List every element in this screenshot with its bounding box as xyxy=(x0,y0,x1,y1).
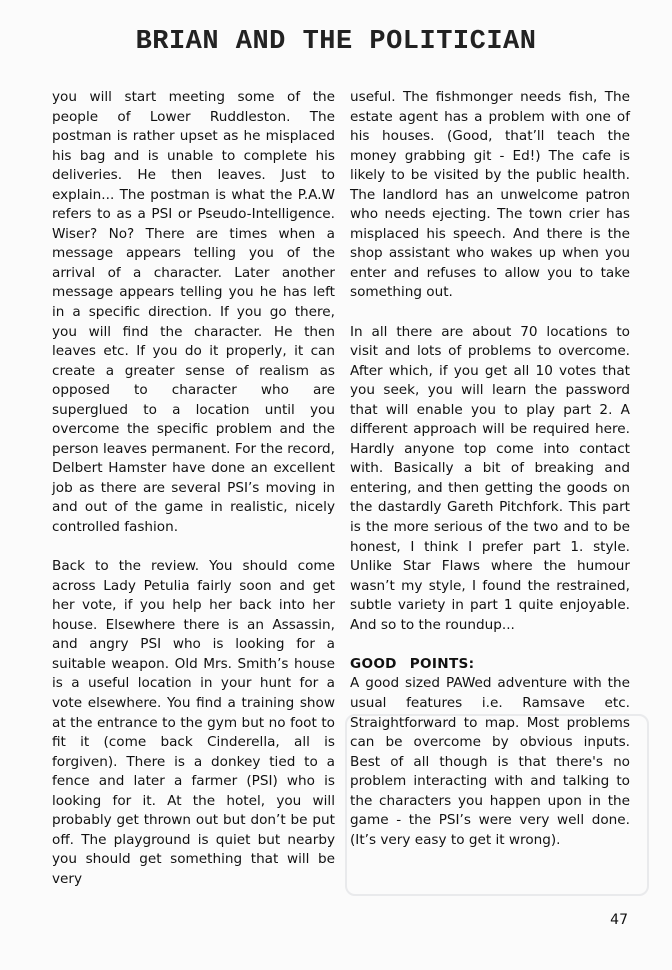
good-points-heading: GOOD POINTS: xyxy=(350,655,630,675)
body-paragraph: Back to the review. You should come acro… xyxy=(52,557,335,889)
right-column: useful. The fishmonger needs fish, The e… xyxy=(350,88,630,850)
left-column: you will start meeting some of the peopl… xyxy=(52,88,335,889)
body-paragraph: useful. The fishmonger needs fish, The e… xyxy=(350,88,630,303)
page-number: 47 xyxy=(610,912,628,928)
page-title: BRIAN AND THE POLITICIAN xyxy=(0,27,672,57)
body-paragraph: you will start meeting some of the peopl… xyxy=(52,88,335,538)
good-points-body: A good sized PAWed adventure with the us… xyxy=(350,674,630,850)
body-paragraph: In all there are about 70 locations to v… xyxy=(350,323,630,636)
